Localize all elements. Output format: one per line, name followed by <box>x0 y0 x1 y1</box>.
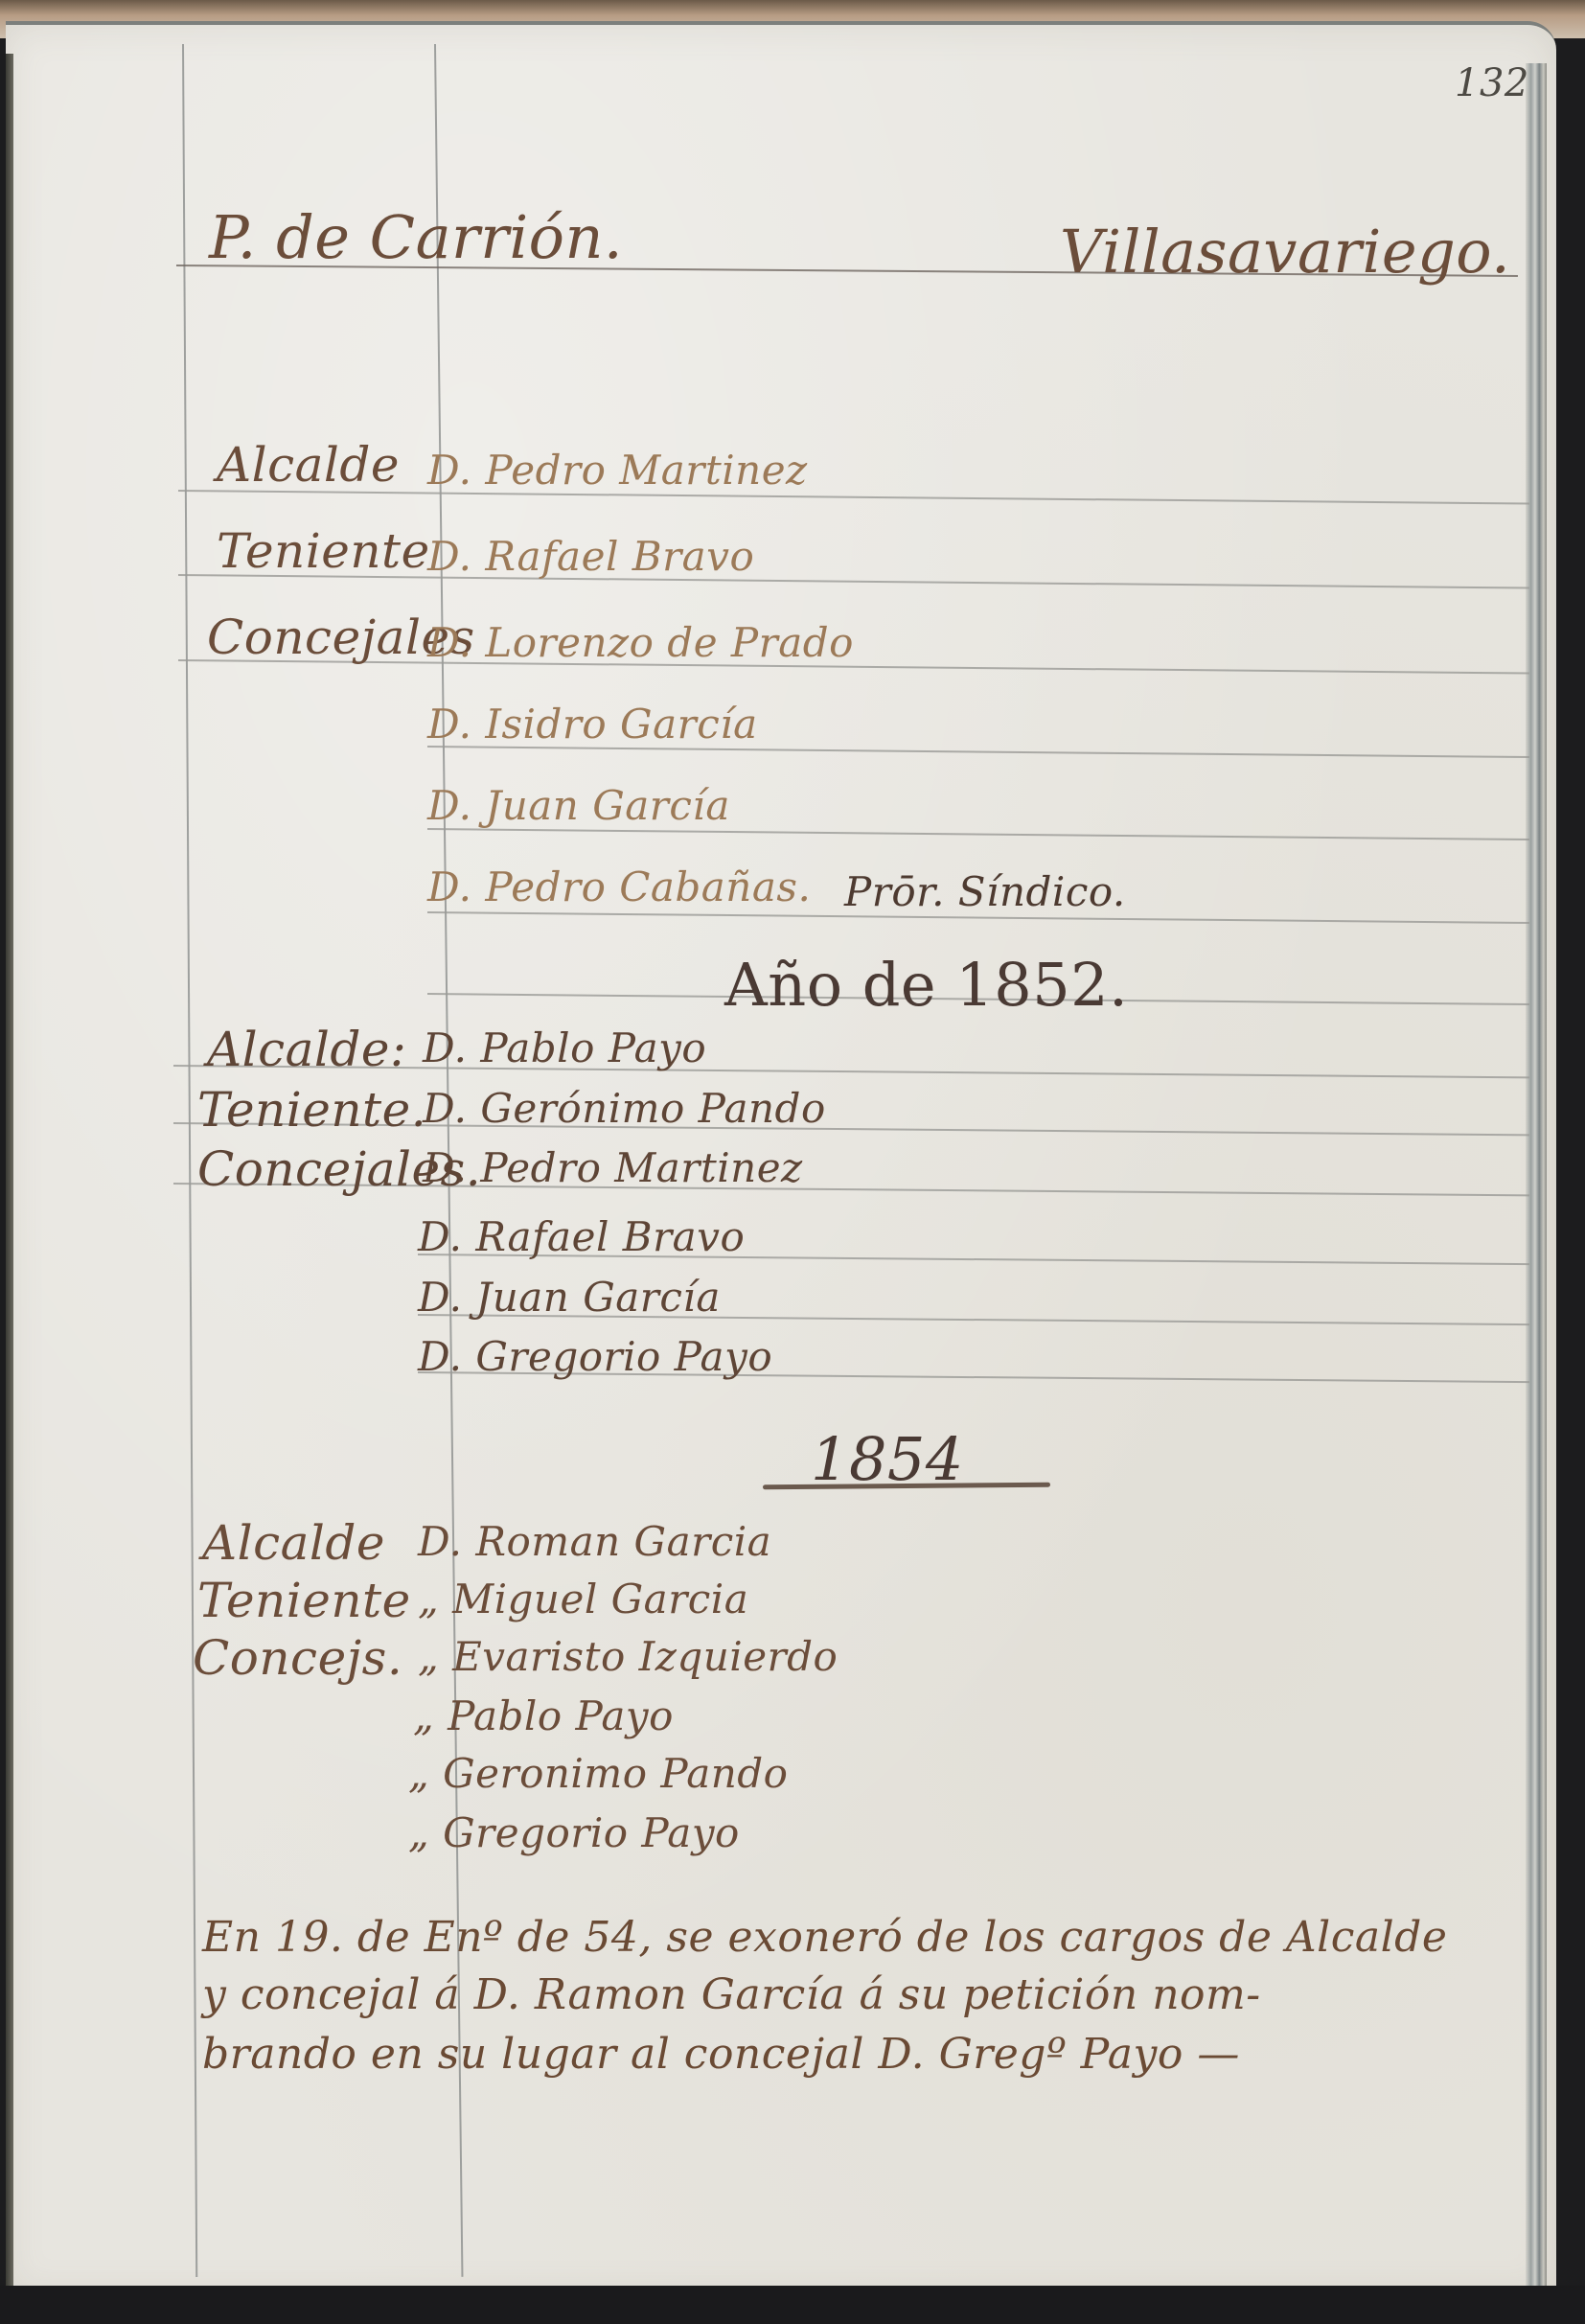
role-label: Alcalde <box>217 437 400 493</box>
role-label: Alcalde: <box>207 1022 406 1077</box>
official-name: „ Gregorio Payo <box>408 1809 740 1856</box>
ledger-page: 132 P. de Carrión. Villasavariego. Alcal… <box>6 21 1556 2296</box>
year-heading: Año de 1852. <box>724 950 1128 1020</box>
role-label: Concejs. <box>193 1630 402 1686</box>
official-name: D. Pablo Payo <box>423 1024 706 1071</box>
official-name: D. Gregorio Payo <box>418 1333 772 1380</box>
official-name: „ Miguel Garcia <box>418 1576 748 1622</box>
header-municipality: Villasavariego. <box>1060 217 1510 287</box>
official-note: Prōr. Síndico. <box>844 868 1126 915</box>
role-label: Teniente <box>217 523 430 579</box>
binding-edge <box>6 54 13 2287</box>
official-name: D. Isidro García <box>427 701 758 748</box>
ruled-line <box>427 828 1529 840</box>
official-name: D. Pedro Martinez <box>427 447 808 494</box>
header-district: P. de Carrión. <box>209 202 623 272</box>
official-name: D. Pedro Martinez <box>423 1144 803 1191</box>
official-name: D. Lorenzo de Prado <box>427 619 854 666</box>
role-label: Alcalde <box>202 1515 385 1571</box>
role-label: Teniente <box>197 1573 411 1628</box>
note-line: En 19. de Enº de 54, se exoneró de los c… <box>202 1913 1447 1962</box>
official-name: D. Rafael Bravo <box>418 1213 745 1260</box>
role-label: Teniente. <box>197 1082 426 1138</box>
official-name: D. Roman Garcia <box>418 1518 771 1565</box>
official-name: D. Pedro Cabañas. <box>427 863 811 910</box>
official-name: „ Pablo Payo <box>413 1692 674 1739</box>
official-name: D. Gerónimo Pando <box>423 1085 826 1132</box>
official-name: D. Juan García <box>418 1274 721 1321</box>
book-bottom-shadow <box>0 2286 1585 2324</box>
official-name: D. Juan García <box>427 782 730 829</box>
note-line: y concejal á D. Ramon García á su petici… <box>202 1970 1261 2019</box>
official-name: D. Rafael Bravo <box>427 533 754 580</box>
official-name: „ Evaristo Izquierdo <box>418 1633 838 1680</box>
note-line: brando en su lugar al concejal D. Gregº … <box>202 2030 1240 2079</box>
official-name: „ Geronimo Pando <box>408 1750 788 1797</box>
page-number: 132 <box>1455 61 1529 105</box>
margin-rule-left <box>182 44 197 2277</box>
page-stack-edge <box>1526 63 1547 2306</box>
